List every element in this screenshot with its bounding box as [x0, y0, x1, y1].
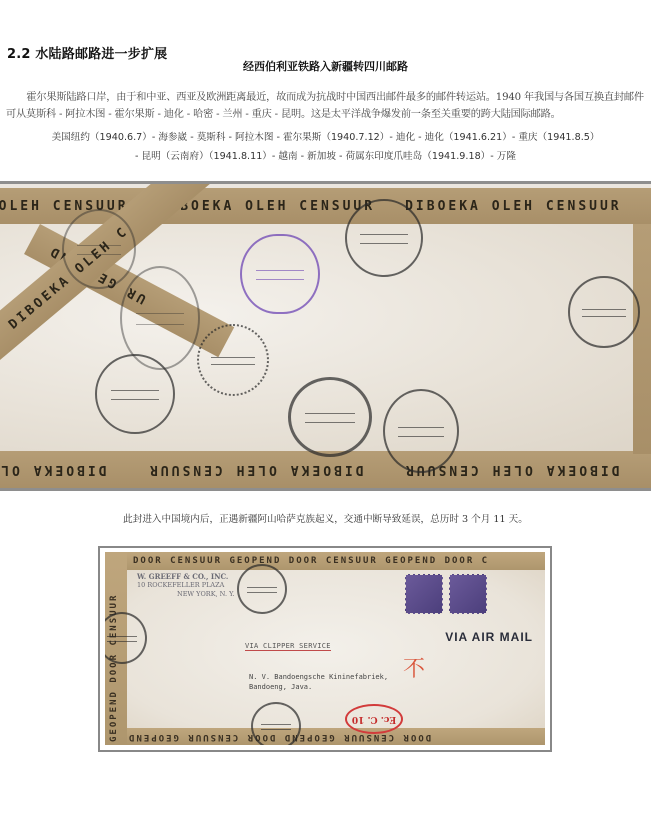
postmark: [120, 266, 200, 370]
postage-stamp: [405, 574, 443, 614]
sender-address-2: NEW YORK, N. Y.: [137, 590, 235, 599]
cover-front-image: DOOR CENSUUR GEOPEND DOOR CENSUUR GEOPEN…: [98, 546, 552, 752]
postmark: [251, 702, 301, 745]
censor-mark: Ec. C. 10: [345, 704, 403, 734]
intro-paragraph: 霍尔果斯陆路口岸，由于和中亚、西亚及欧洲距离最近，故而成为抗战时中国西出邮件最多…: [6, 89, 646, 123]
caption: 此封进入中国境内后，正遇新疆阿山哈萨克族起义，交通中断导致延误，总历时 3 个月…: [0, 511, 651, 525]
postmark: [288, 377, 372, 457]
postmark: [383, 389, 459, 473]
service-label: VIA CLIPPER SERVICE: [245, 642, 331, 651]
chungking-postmark: [197, 324, 269, 396]
addressee-line-1: N. V. Bandoengsche Kininefabriek,: [249, 672, 388, 682]
cover-back-image: DIBOEKA OLEH CENSUUR DIBOEKA OLEH CENSUU…: [0, 181, 651, 491]
postmark: [568, 276, 640, 348]
postmark: [62, 209, 136, 289]
postmark: [105, 612, 147, 664]
sender-block: W. GREEFF & CO., INC. 10 ROCKEFELLER PLA…: [137, 572, 235, 599]
postmark: [237, 564, 287, 614]
addressee-line-2: Bandoeng, Java.: [249, 682, 388, 692]
postage-stamps: [405, 574, 487, 614]
section-subtitle: 经西伯利亚铁路入新疆转四川邮路: [0, 58, 651, 74]
postmark: [345, 199, 423, 277]
airmail-label: VIA AIR MAIL: [445, 630, 533, 644]
route-line-1: 美国纽约（1940.6.7）- 海参崴 - 莫斯科 - 阿拉木图 - 霍尔果斯（…: [0, 128, 651, 147]
postage-stamp: [449, 574, 487, 614]
censor-tape-bottom: DOOR CENSUUR GEOPEND DOOR CENSUUR GEOPEN…: [105, 728, 545, 745]
purple-handstamp: [240, 234, 320, 314]
red-handwriting: 不: [403, 652, 425, 683]
censor-tape-top: DOOR CENSUUR GEOPEND DOOR CENSUUR GEOPEN…: [105, 552, 545, 570]
censor-tape-right: [633, 224, 651, 454]
sender-address-1: 10 ROCKEFELLER PLAZA: [137, 581, 235, 590]
addressee-block: N. V. Bandoengsche Kininefabriek, Bandoe…: [249, 672, 388, 692]
route-line-2: - 昆明（云南府）（1941.8.11）- 越南 - 新加坡 - 荷属东印度爪哇…: [0, 147, 651, 166]
sender-name: W. GREEFF & CO., INC.: [137, 572, 235, 581]
